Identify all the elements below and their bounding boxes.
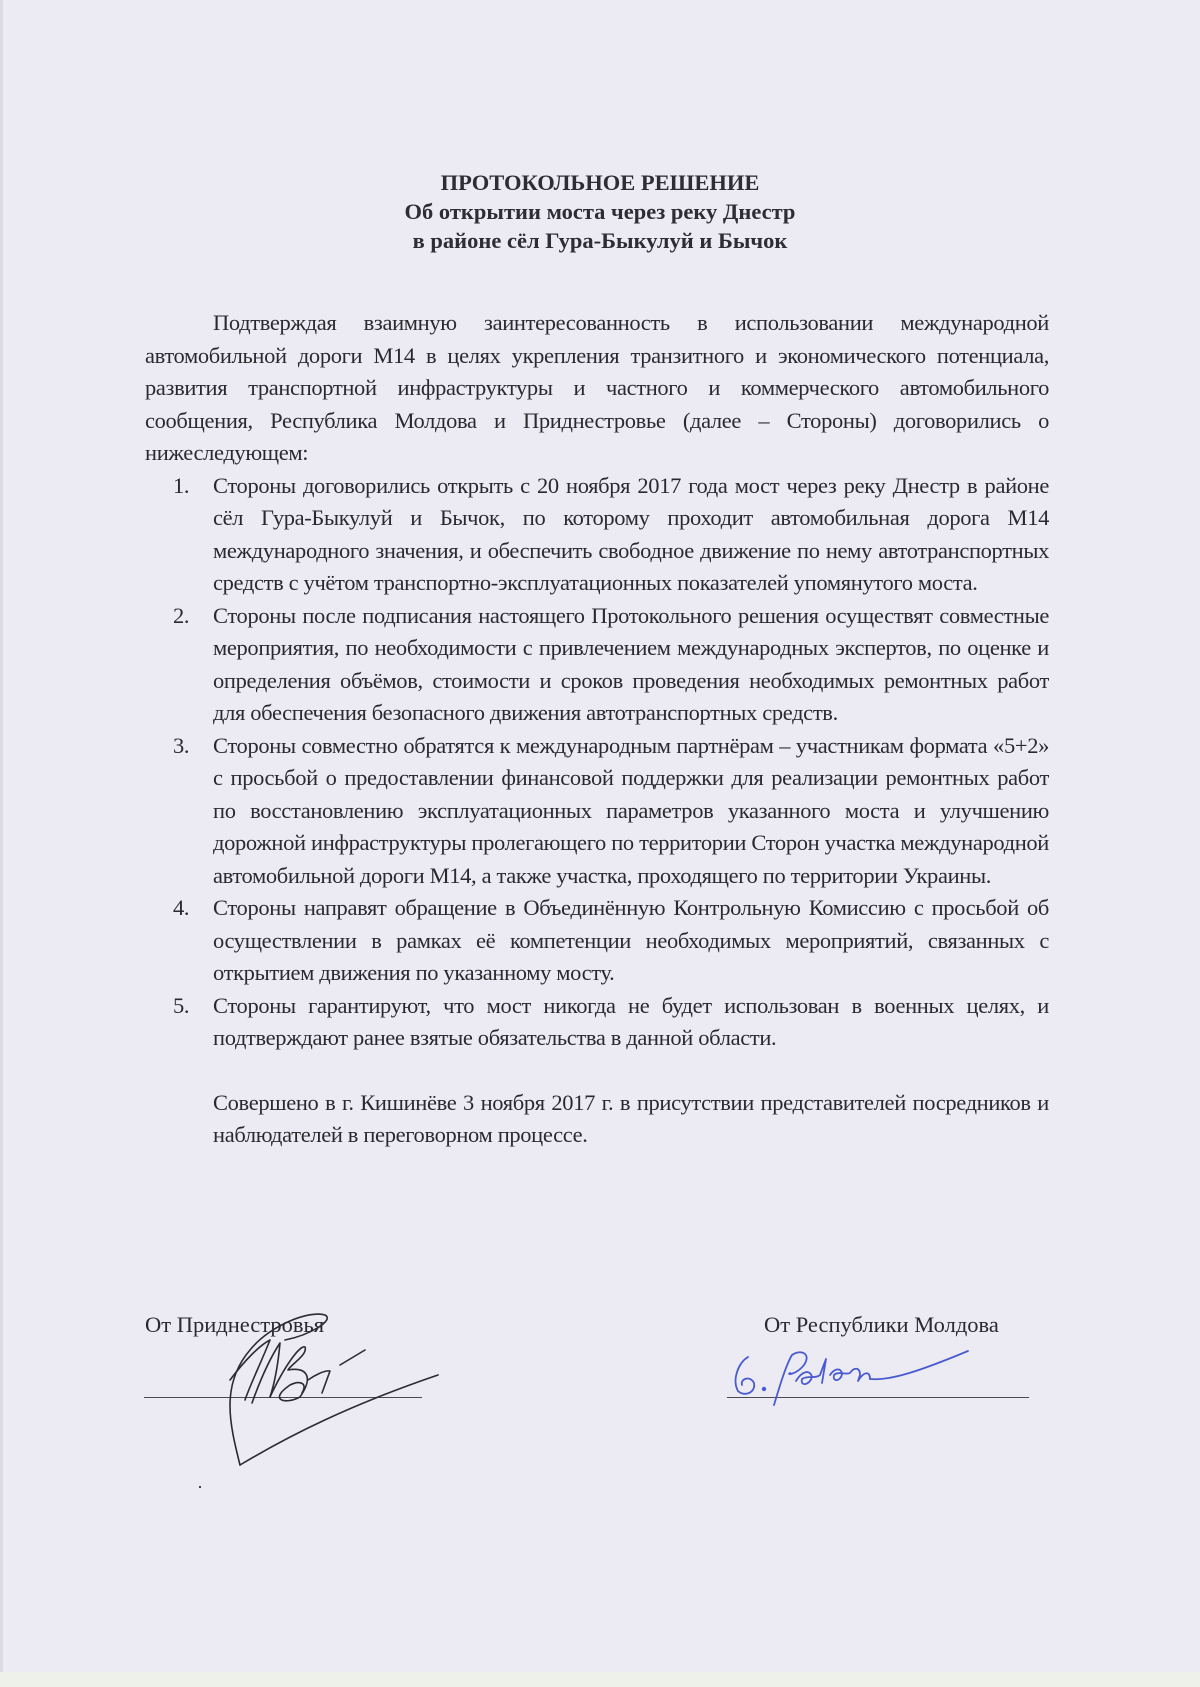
clause-item: 5. Стороны гарантируют, что мост никогда… [145, 990, 1049, 1055]
clause-item: 2. Стороны после подписания настоящего П… [145, 600, 1049, 730]
clause-item: 1. Стороны договорились открыть с 20 ноя… [145, 470, 1049, 600]
clause-text: Стороны после подписания настоящего Прот… [213, 603, 1049, 726]
clause-number: 1. [173, 470, 189, 503]
document-subtitle-line1: Об открытии моста через реку Днестр [0, 197, 1200, 226]
document-subtitle-line2: в районе сёл Гура-Быкулуй и Бычок [0, 226, 1200, 255]
clause-text: Стороны направят обращение в Объединённу… [213, 895, 1049, 985]
intro-paragraph: Подтверждая взаимную заинтересованность … [145, 307, 1049, 470]
clause-number: 3. [173, 730, 189, 763]
signature-right-icon [730, 1345, 990, 1415]
scan-bottom-edge [0, 1672, 1200, 1687]
clause-number: 2. [173, 600, 189, 633]
clause-text: Стороны гарантируют, что мост никогда не… [213, 993, 1049, 1051]
clause-item: 3. Стороны совместно обратятся к междуна… [145, 730, 1049, 893]
scan-speck [199, 1486, 201, 1488]
clause-text: Стороны совместно обратятся к международ… [213, 733, 1049, 888]
document-title: ПРОТОКОЛЬНОЕ РЕШЕНИЕ [0, 168, 1200, 197]
clause-number: 5. [173, 990, 189, 1023]
clause-item: 4. Стороны направят обращение в Объединё… [145, 892, 1049, 990]
signature-left-icon [190, 1305, 450, 1475]
document-body: Подтверждая взаимную заинтересованность … [145, 307, 1049, 1152]
closing-paragraph: Совершено в г. Кишинёве 3 ноября 2017 г.… [145, 1087, 1049, 1152]
document-header: ПРОТОКОЛЬНОЕ РЕШЕНИЕ Об открытии моста ч… [0, 168, 1200, 255]
clause-text: Стороны договорились открыть с 20 ноября… [213, 473, 1049, 596]
clause-number: 4. [173, 892, 189, 925]
clause-list: 1. Стороны договорились открыть с 20 ноя… [145, 470, 1049, 1055]
signatory-label-moldova: От Республики Молдова [764, 1311, 999, 1339]
